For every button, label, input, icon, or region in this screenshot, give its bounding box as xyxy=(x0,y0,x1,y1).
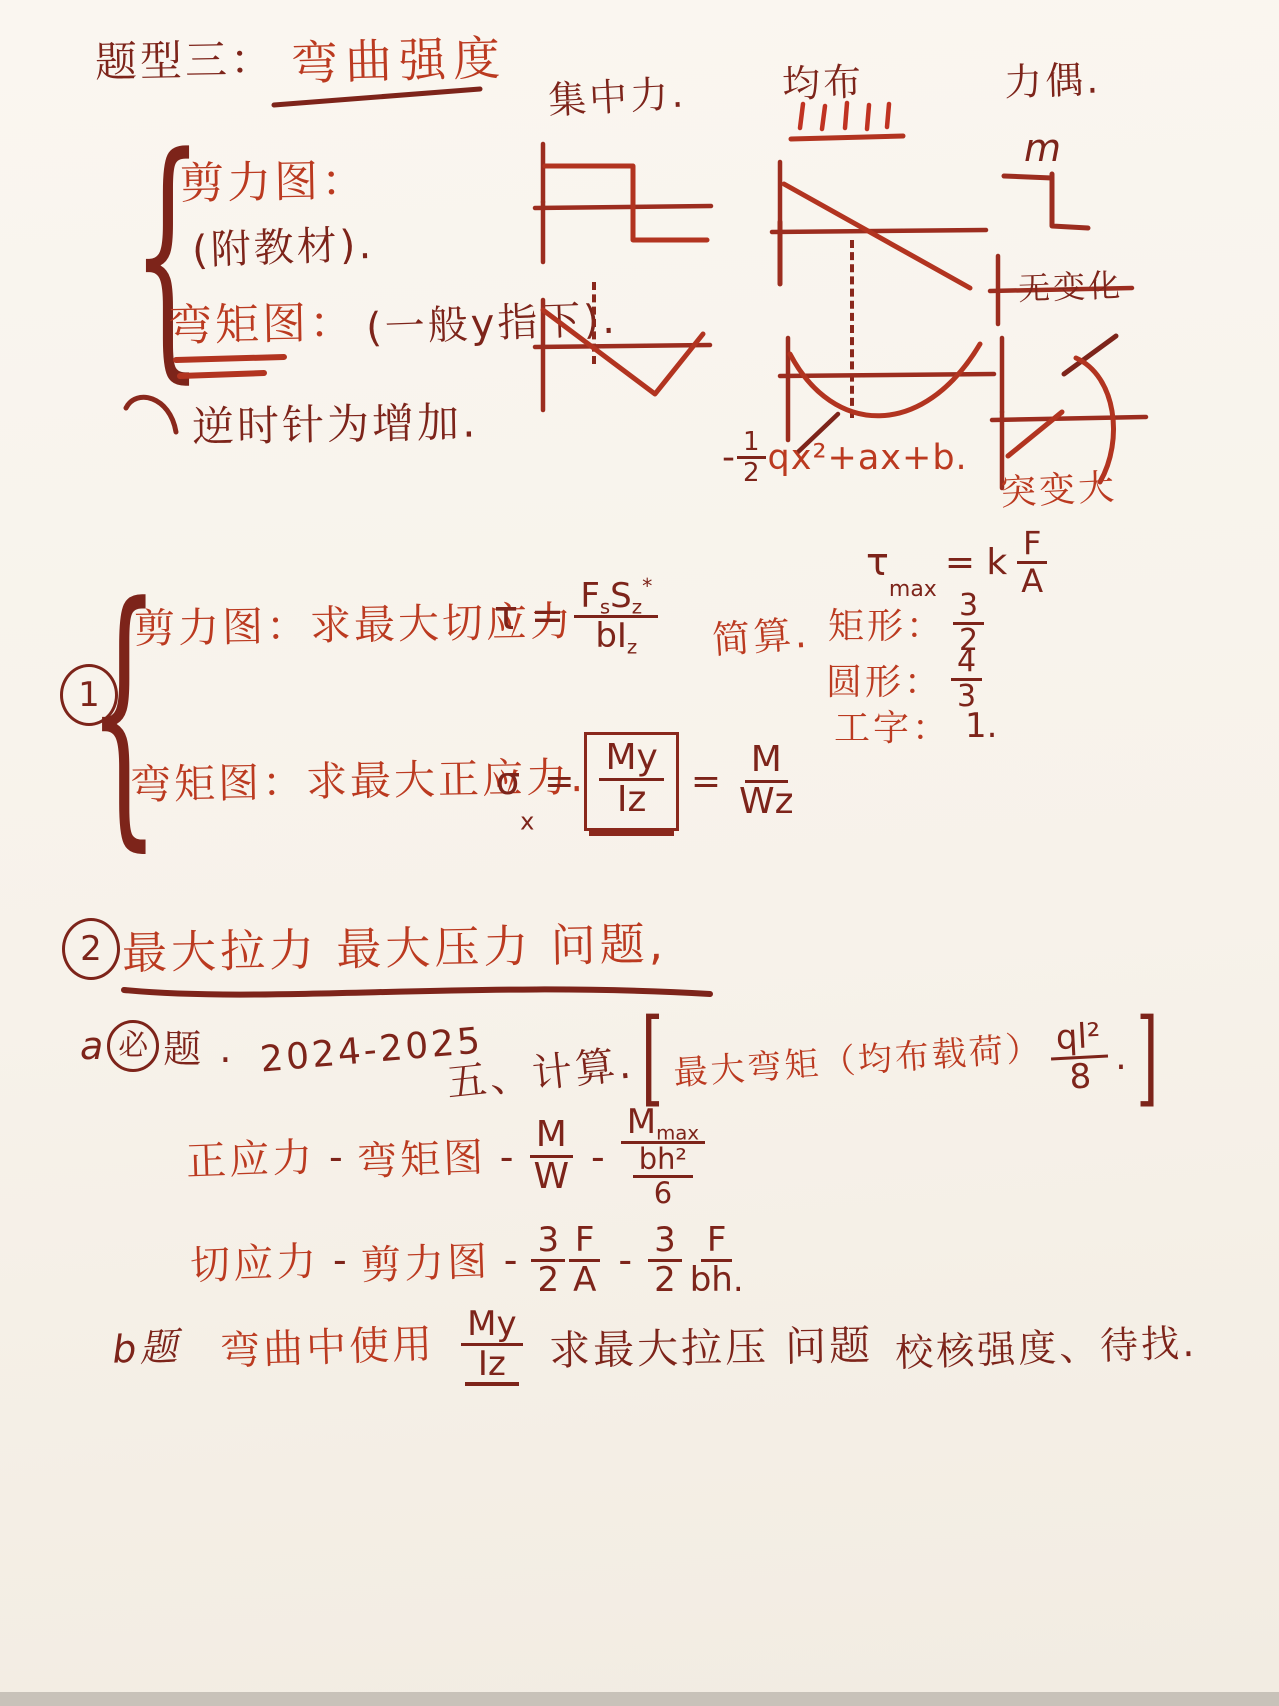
symbol-bI: bI xyxy=(595,618,627,655)
dash-1: - xyxy=(329,1135,343,1179)
tdash-3: - xyxy=(618,1238,632,1282)
circled-must: 必 xyxy=(107,1020,159,1072)
half-fraction: 1 2 xyxy=(737,428,766,487)
f-over-a: F A xyxy=(567,1222,602,1298)
jump-label: 突变大 xyxy=(999,459,1119,516)
dash-2: - xyxy=(500,1135,514,1179)
moment-diagram-label: 弯矩图： xyxy=(167,286,356,353)
bracket-close: ] xyxy=(1136,996,1158,1118)
equation-rest: qx²+ax+b. xyxy=(768,438,968,478)
sigma-symbol: σ xyxy=(496,759,520,803)
tdash-2: - xyxy=(504,1238,518,1282)
shear-stress-line: 切应力 - 剪力图 - 3 2 F A - 3 2 F bh. xyxy=(190,1222,750,1298)
my-iz-fraction: My Iz xyxy=(599,739,663,820)
tau-equals: = k xyxy=(945,542,1007,583)
title-underline-arrow-icon xyxy=(258,80,488,114)
minus-sign: - xyxy=(722,437,735,478)
item-b-label: b题 xyxy=(111,1315,182,1373)
tau-symbol: τ xyxy=(866,540,889,584)
item-b-line: b题 弯曲中使用 My Iz 求最大拉压 问题 校核强度、待找. xyxy=(112,1306,1197,1382)
bracket-open: [ xyxy=(641,996,663,1118)
heading-underline xyxy=(118,980,718,1006)
normal-stress-label: 正应力 xyxy=(185,1126,316,1187)
counterclockwise-arrow-icon xyxy=(116,380,188,442)
ql2-over-8: ql² 8 xyxy=(1049,1017,1110,1096)
couple-moment-icon xyxy=(988,154,1106,254)
max-moment-bracket: [ 最大弯矩（均布载荷） ql² 8 . ] xyxy=(632,996,1167,1118)
moment-diagram-concentrated xyxy=(505,292,723,420)
moment-diagram-ref: 弯矩图 xyxy=(356,1126,487,1187)
shear-diagram-concentrated xyxy=(515,130,720,272)
force-area-fraction: F A xyxy=(1015,526,1049,598)
equals-2: = xyxy=(691,761,721,802)
tau-equals-sign: τ = xyxy=(494,593,564,639)
double-underline xyxy=(172,352,292,382)
shear-diagram-label: 剪力图： xyxy=(179,144,368,211)
item-b-use: 弯曲中使用 xyxy=(219,1312,436,1376)
bracket-dot: . xyxy=(1115,1037,1126,1078)
section-2-badge: 2 xyxy=(62,918,120,980)
my-iz-small-fraction: My Iz xyxy=(461,1306,522,1382)
item-a-line: a 必 题 . xyxy=(80,1018,234,1073)
ibeam-label: 工字： xyxy=(834,700,951,751)
shear-stress-fraction: FsSz* bIz xyxy=(574,578,658,654)
quick-calc-note: 简算. xyxy=(710,603,811,665)
ccw-increase-note: 逆时针为增加. xyxy=(191,390,478,455)
m-wz-fraction: M Wz xyxy=(733,741,800,822)
three-halves-2: 3 2 xyxy=(648,1222,682,1298)
subscript-z2: z xyxy=(627,637,637,658)
page-bottom-edge xyxy=(0,1692,1279,1706)
no-change-label: 无变化 xyxy=(1017,260,1124,310)
m-over-w: M W xyxy=(527,1116,575,1197)
shear-stress-label: 切应力 xyxy=(189,1229,320,1290)
subscript-s: s xyxy=(600,597,610,618)
bracket-text: 最大弯矩（均布载荷） xyxy=(671,1020,1044,1095)
notebook-page: 题型三： 弯曲强度 集中力. 均布 力偶. { 剪力图： (附教材). 弯矩图：… xyxy=(0,0,1279,1706)
shear-stress-formula: τ = FsSz* bIz xyxy=(494,578,658,654)
sigma-subscript: x xyxy=(520,807,534,835)
sigma-equals: = xyxy=(544,761,574,802)
distributed-load-arrows-icon xyxy=(785,98,910,148)
circle-label: 圆形： xyxy=(826,654,943,705)
boxed-my-over-iz: My Iz xyxy=(584,732,678,831)
moment-equation-distributed: - 1 2 qx²+ax+b. xyxy=(722,428,968,487)
shear-diagram-ref: 剪力图 xyxy=(360,1229,491,1290)
mmax-m: M xyxy=(627,1104,656,1141)
item-a-suffix: 题 . xyxy=(163,1018,234,1073)
symbol-S: S xyxy=(610,578,632,615)
item-b-rest: 求最大拉压 问题 xyxy=(548,1312,873,1377)
shape-factor-ibeam: 工字： 1. xyxy=(834,700,997,751)
dash-3: - xyxy=(591,1135,605,1179)
symbol-F: F xyxy=(580,578,600,615)
normal-stress-formula: σ x = My Iz = M Wz xyxy=(496,732,800,831)
mmax-over-section-modulus: Mmax bh² 6 xyxy=(621,1104,705,1209)
three-halves-1: 3 2 xyxy=(531,1222,565,1298)
f-over-bh: F bh. xyxy=(684,1222,750,1298)
title-prefix: 题型三： xyxy=(94,26,275,89)
item-b-check: 校核强度、待找. xyxy=(894,1311,1198,1377)
item-a-prefix: a xyxy=(80,1024,103,1068)
shear-diagram-distributed xyxy=(740,150,998,298)
normal-stress-line: 正应力 - 弯矩图 - M W - Mmax bh² 6 xyxy=(186,1104,705,1209)
column-label-concentrated: 集中力. xyxy=(547,62,688,124)
rect-label: 矩形： xyxy=(828,598,945,649)
bh2-over-6: bh² 6 xyxy=(633,1144,693,1209)
section-2-heading: 最大拉力 最大压力 问题, xyxy=(121,907,667,982)
shear-diagram-note: (附教材). xyxy=(191,213,375,276)
tau-max-formula: τ max = k F A xyxy=(866,526,1049,598)
column-label-couple: 力偶. xyxy=(1003,48,1102,106)
subscript-z: z xyxy=(632,597,642,618)
mmax-sub: max xyxy=(656,1123,699,1144)
superscript-star: * xyxy=(642,575,652,597)
tdash-1: - xyxy=(333,1238,347,1282)
ibeam-value: 1. xyxy=(965,706,997,746)
